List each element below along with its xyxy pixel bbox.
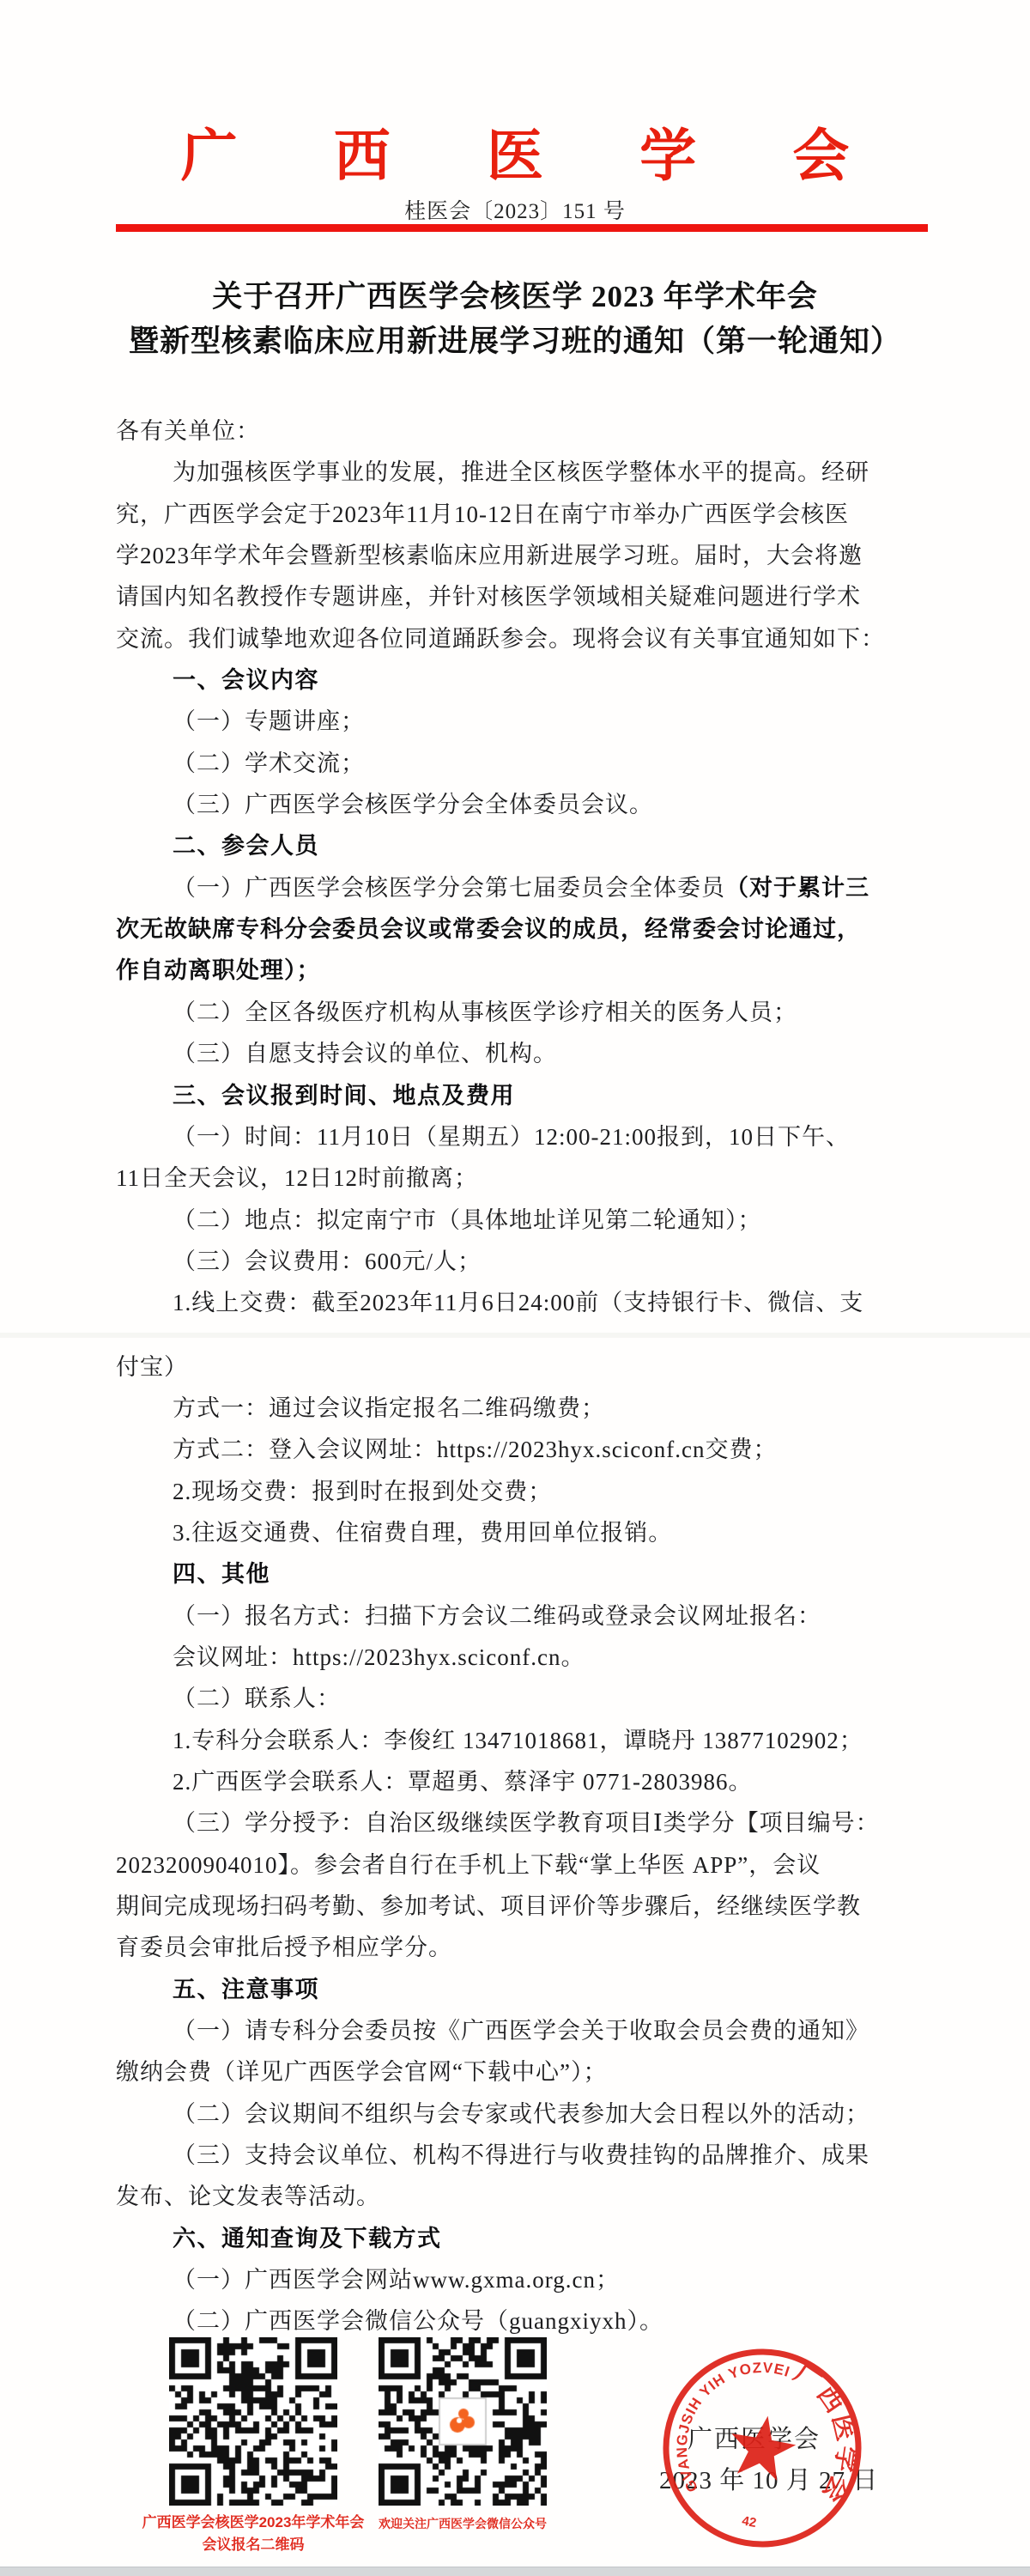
body-line: 五、注意事项 <box>116 1969 940 2010</box>
notice-title: 关于召开广西医学会核医学 2023 年学术年会 暨新型核素临床应用新进展学习班的… <box>0 275 1030 364</box>
registration-qr-caption-line2: 会议报名二维码 <box>99 2534 408 2556</box>
body-line: （一）广西医学会核医学分会第七届委员会全体委员（对于累计三 <box>116 867 940 908</box>
body-line: （一）报名方式：扫描下方会议二维码或登录会议网址报名： <box>116 1595 940 1637</box>
registration-qr-caption-line1: 广西医学会核医学2023年学术年会 <box>99 2512 408 2534</box>
body-line: 方式二：登入会议网址：https://2023hyx.sciconf.cn交费； <box>116 1429 940 1470</box>
body-line: （二）地点：拟定南宁市（具体地址详见第二轮通知）； <box>116 1200 940 1241</box>
body-line: （一）请专科分会委员按《广西医学会关于收取会员会费的通知》 <box>116 2010 940 2051</box>
body-line: （一）时间：11月10日（星期五）12:00-21:00报到，10日下午、 <box>116 1116 940 1157</box>
body-line: 次无故缺席专科分会委员会议或常委会议的成员，经常委会讨论通过， <box>116 908 940 950</box>
document-page: 广西医学会 桂医会〔2023〕151 号 关于召开广西医学会核医学 2023 年… <box>0 0 1030 2576</box>
body-line: 2.广西医学会联系人：覃超勇、蔡泽宇 0771-2803986。 <box>116 1761 940 1802</box>
body-line: 期间完成现场扫码考勤、参加考试、项目评价等步骤后，经继续医学教 <box>116 1886 940 1927</box>
body-line: （三）自愿支持会议的单位、机构。 <box>116 1033 940 1074</box>
notice-body: 各有关单位：为加强核医学事业的发展，推进全区核医学整体水平的提高。经研究，广西医… <box>116 410 940 2342</box>
body-line: 2.现场交费：报到时在报到处交费； <box>116 1471 940 1512</box>
body-line: 请国内知名教授作专题讲座，并针对核医学领域相关疑难问题进行学术 <box>116 576 940 617</box>
body-line: （二）广西医学会微信公众号（guangxiyxh）。 <box>116 2300 940 2342</box>
body-line: 三、会议报到时间、地点及费用 <box>116 1075 940 1116</box>
letterhead-org-name: 广西医学会 <box>0 110 1030 191</box>
body-line: 会议网址：https://2023hyx.sciconf.cn。 <box>116 1637 940 1678</box>
scan-edge-strip <box>0 2567 1030 2576</box>
registration-qr-code <box>169 2337 337 2506</box>
body-line: 二、参会人员 <box>116 825 940 866</box>
body-line: （三）广西医学会核医学分会全体委员会议。 <box>116 784 940 825</box>
red-divider-rule <box>116 224 928 232</box>
body-line: （一）广西医学会网站www.gxma.org.cn； <box>116 2259 940 2300</box>
body-line: 各有关单位： <box>116 410 940 452</box>
notice-title-line2: 暨新型核素临床应用新进展学习班的通知（第一轮通知） <box>0 319 1030 364</box>
official-red-seal: GVANGJSIH YIH YOZVEI 广西医学会 42 <box>655 2347 869 2557</box>
body-line: 2023200904010】。参会者自行在手机上下载“掌上华医 APP”，会议 <box>116 1844 940 1886</box>
body-line: 一、会议内容 <box>116 659 940 701</box>
body-line: 1.专科分会联系人：李俊红 13471018681，谭晓丹 1387710290… <box>116 1720 940 1761</box>
body-line: （二）会议期间不组织与会专家或代表参加大会日程以外的活动； <box>116 2093 940 2135</box>
body-line: 交流。我们诚挚地欢迎各位同道踊跃参会。现将会议有关事宜通知如下： <box>116 618 940 659</box>
wechat-qr-code <box>379 2337 547 2506</box>
body-line: （三）学分授予：自治区级继续医学教育项目Ⅰ类学分【项目编号： <box>116 1802 940 1844</box>
wechat-qr-caption: 欢迎关注广西医学会微信公众号 <box>368 2515 557 2532</box>
body-line: 作自动离职处理）； <box>116 950 940 991</box>
seal-star <box>725 2410 800 2482</box>
body-line: 3.往返交通费、住宿费自理，费用回单位报销。 <box>116 1512 940 1553</box>
body-line: 为加强核医学事业的发展，推进全区核医学整体水平的提高。经研 <box>116 452 940 493</box>
registration-qr-caption: 广西医学会核医学2023年学术年会 会议报名二维码 <box>99 2512 408 2556</box>
body-line: 发布、论文发表等活动。 <box>116 2176 940 2217</box>
body-line: 缴纳会费（详见广西医学会官网“下载中心”）； <box>116 2051 940 2093</box>
body-line: （三）支持会议单位、机构不得进行与收费挂钩的品牌推介、成果 <box>116 2135 940 2176</box>
body-line: 付宝） <box>116 1346 940 1388</box>
body-line: （一）专题讲座； <box>116 701 940 742</box>
body-line: 四、其他 <box>116 1553 940 1595</box>
body-line: 育委员会审批后授予相应学分。 <box>116 1927 940 1968</box>
body-line: 1.线上交费：截至2023年11月6日24:00前（支持银行卡、微信、支 <box>116 1282 940 1323</box>
body-line: （三）会议费用：600元/人； <box>116 1241 940 1282</box>
body-line: （二）联系人： <box>116 1678 940 1719</box>
notice-title-line1: 关于召开广西医学会核医学 2023 年学术年会 <box>0 275 1030 319</box>
body-line: （二）全区各级医疗机构从事核医学诊疗相关的医务人员； <box>116 992 940 1033</box>
body-line: 11日全天会议，12日12时前撤离； <box>116 1157 940 1199</box>
doc-number: 桂医会〔2023〕151 号 <box>0 194 1030 225</box>
body-line: （二）学术交流； <box>116 743 940 784</box>
body-line: 方式一：通过会议指定报名二维码缴费； <box>116 1388 940 1429</box>
body-line: 六、通知查询及下载方式 <box>116 2218 940 2259</box>
seal-serial-number: 42 <box>741 2513 757 2530</box>
body-line: 学2023年学术年会暨新型核素临床应用新进展学习班。届时，大会将邀 <box>116 535 940 576</box>
body-line: 究，广西医学会定于2023年11月10-12日在南宁市举办广西医学会核医 <box>116 494 940 535</box>
